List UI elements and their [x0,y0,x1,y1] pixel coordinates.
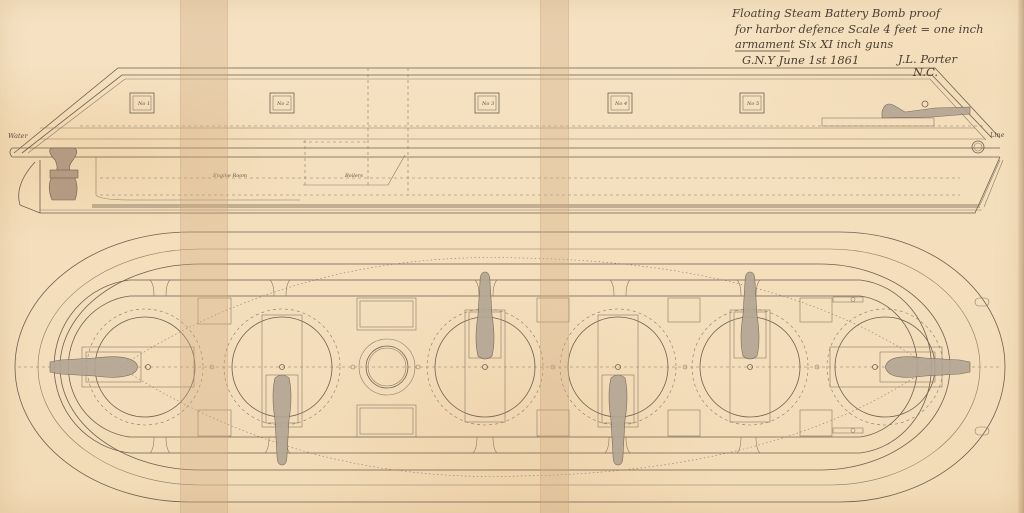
gun-port-4: No 4 [608,93,632,113]
gun-port-5: No 5 [740,93,764,113]
plan-view [15,232,1005,502]
svg-text:No 2: No 2 [276,101,289,107]
side-elevation: No 1 No 2 No 3 No 4 No 5 [8,68,1005,213]
title-line-3: armament Six XI inch guns [735,37,893,51]
water-line-label-right: Line [989,131,1005,139]
engine-room-label: Engine Room [212,173,247,179]
turret-4 [560,309,687,465]
sheet-edge [1018,0,1024,513]
turret-2 [224,309,340,465]
svg-text:No 1: No 1 [137,101,150,107]
battery-drawing: No 1 No 2 No 3 No 4 No 5 [0,0,1024,513]
gun-2 [273,375,291,465]
signature-title: N.C. [912,65,938,79]
gun-1 [50,357,138,378]
svg-text:No 4: No 4 [614,101,627,107]
water-line-label-left: Water [8,132,28,140]
gun-port-2: No 2 [270,93,294,113]
turret-5 [692,272,819,425]
gun-port-3: No 3 [475,93,499,113]
signature: J.L. Porter [896,52,958,66]
title-line-1: Floating Steam Battery Bomb proof [731,6,942,20]
boilers-label: Boilers [344,173,363,179]
turret-1 [50,309,214,425]
title-place-date: G.N.Y June 1st 1861 [742,53,859,67]
svg-text:No 3: No 3 [481,101,494,107]
gun-3 [476,272,494,359]
gun-port-1: No 1 [130,93,154,113]
turret-3 [427,272,555,425]
gun-6 [886,357,971,378]
gun-5 [741,272,759,359]
bow-gun-elevation [822,101,970,126]
title-line-2: for harbor defence Scale 4 feet = one in… [734,22,984,36]
drawing-sheet: No 1 No 2 No 3 No 4 No 5 [0,0,1024,513]
svg-text:No 5: No 5 [746,101,759,107]
gun-4 [609,375,627,465]
